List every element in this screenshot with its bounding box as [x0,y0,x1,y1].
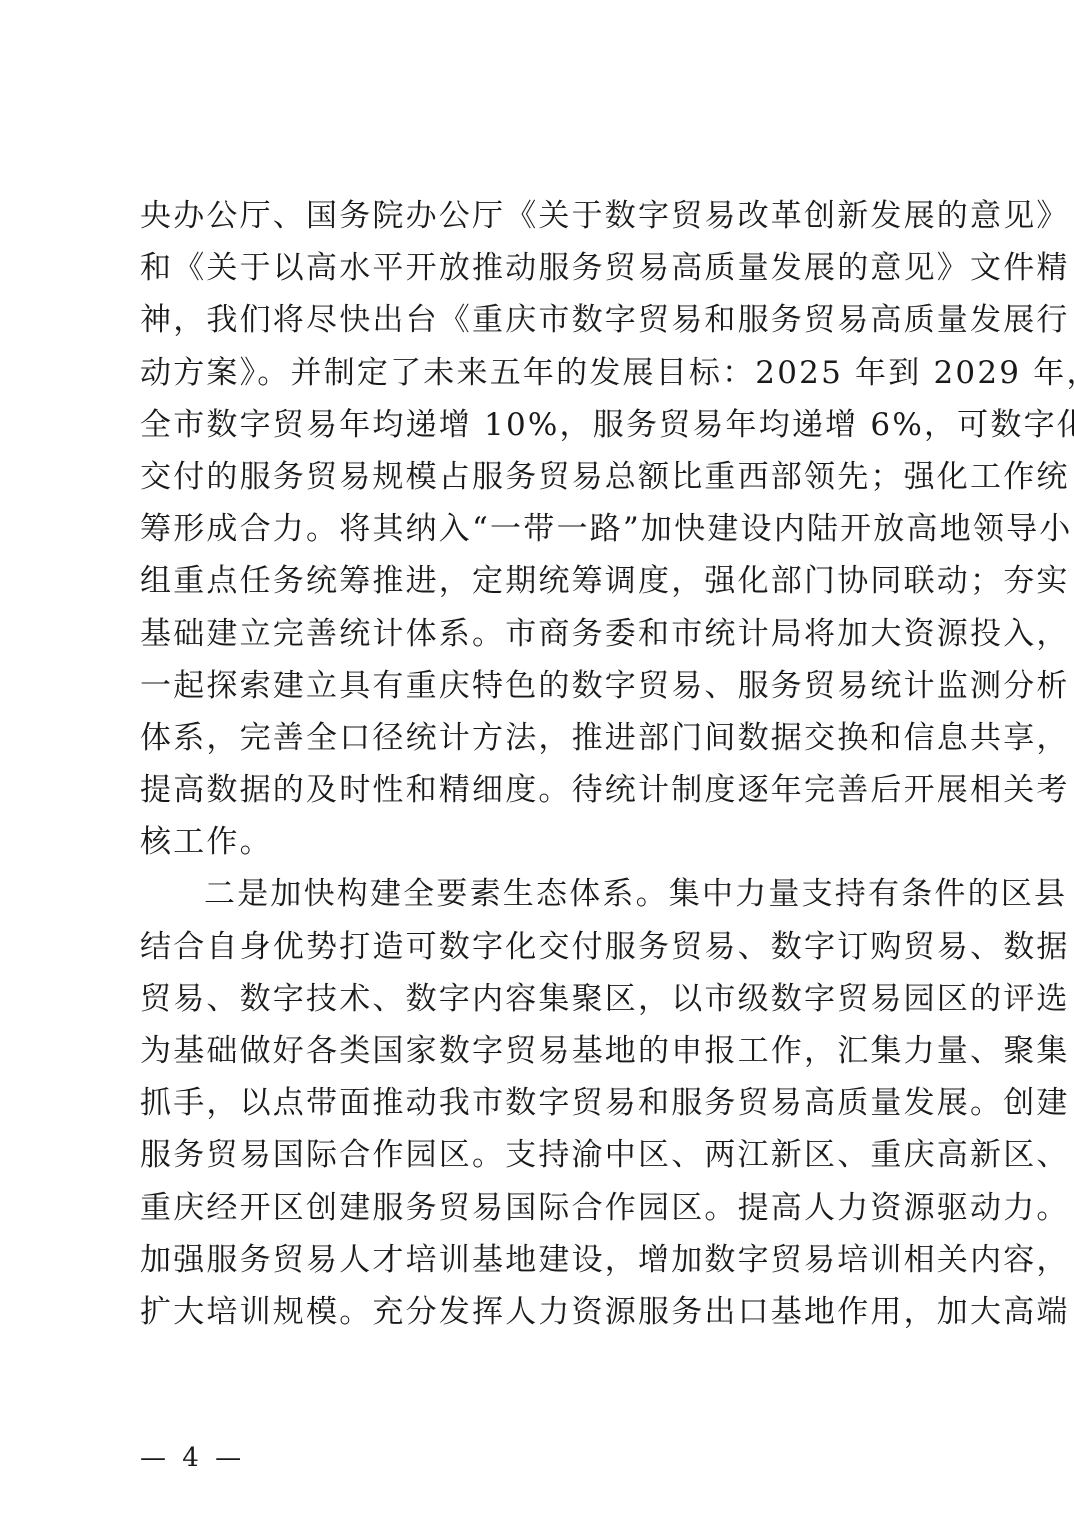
text-line: 和《关于以高水平开放推动服务贸易高质量发展的意见》文件精 [140,242,940,294]
paragraph-2: 二是加快构建全要素生态体系。集中力量支持有条件的区县 结合自身优势打造可数字化交… [140,868,940,1338]
text-line: 动方案》。并制定了未来五年的发展目标：2025 年到 2029 年， [140,347,940,399]
text-line: 全市数字贸易年均递增 10%，服务贸易年均递增 6%，可数字化 [140,399,940,451]
text-line: 核工作。 [140,816,940,868]
text-line: 抓手，以点带面推动我市数字贸易和服务贸易高质量发展。创建 [140,1077,940,1129]
text-line: 交付的服务贸易规模占服务贸易总额比重西部领先；强化工作统 [140,451,940,503]
text-line: 组重点任务统筹推进，定期统筹调度，强化部门协同联动；夯实 [140,555,940,607]
text-line: 提高数据的及时性和精细度。待统计制度逐年完善后开展相关考 [140,764,940,816]
text-line: 扩大培训规模。充分发挥人力资源服务出口基地作用，加大高端 [140,1286,940,1338]
paragraph-1: 央办公厅、国务院办公厅《关于数字贸易改革创新发展的意见》 和《关于以高水平开放推… [140,190,940,868]
text-line: 结合自身优势打造可数字化交付服务贸易、数字订购贸易、数据 [140,921,940,973]
text-line: 服务贸易国际合作园区。支持渝中区、两江新区、重庆高新区、 [140,1129,940,1181]
text-line: 基础建立完善统计体系。市商务委和市统计局将加大资源投入， [140,608,940,660]
text-line: 重庆经开区创建服务贸易国际合作园区。提高人力资源驱动力。 [140,1182,940,1234]
text-line: 神，我们将尽快出台《重庆市数字贸易和服务贸易高质量发展行 [140,294,940,346]
document-page: 央办公厅、国务院办公厅《关于数字贸易改革创新发展的意见》 和《关于以高水平开放推… [0,0,1074,1520]
text-line: 贸易、数字技术、数字内容集聚区，以市级数字贸易园区的评选 [140,973,940,1025]
text-line: 体系，完善全口径统计方法，推进部门间数据交换和信息共享， [140,712,940,764]
page-number: — 4 — [140,1438,245,1478]
document-body: 央办公厅、国务院办公厅《关于数字贸易改革创新发展的意见》 和《关于以高水平开放推… [140,190,940,1338]
text-line: 加强服务贸易人才培训基地建设，增加数字贸易培训相关内容， [140,1234,940,1286]
text-line: 央办公厅、国务院办公厅《关于数字贸易改革创新发展的意见》 [140,190,940,242]
text-line: 筹形成合力。将其纳入“一带一路”加快建设内陆开放高地领导小 [140,503,940,555]
text-line: 二是加快构建全要素生态体系。集中力量支持有条件的区县 [140,868,940,920]
text-line: 一起探索建立具有重庆特色的数字贸易、服务贸易统计监测分析 [140,660,940,712]
text-line: 为基础做好各类国家数字贸易基地的申报工作，汇集力量、聚集 [140,1025,940,1077]
